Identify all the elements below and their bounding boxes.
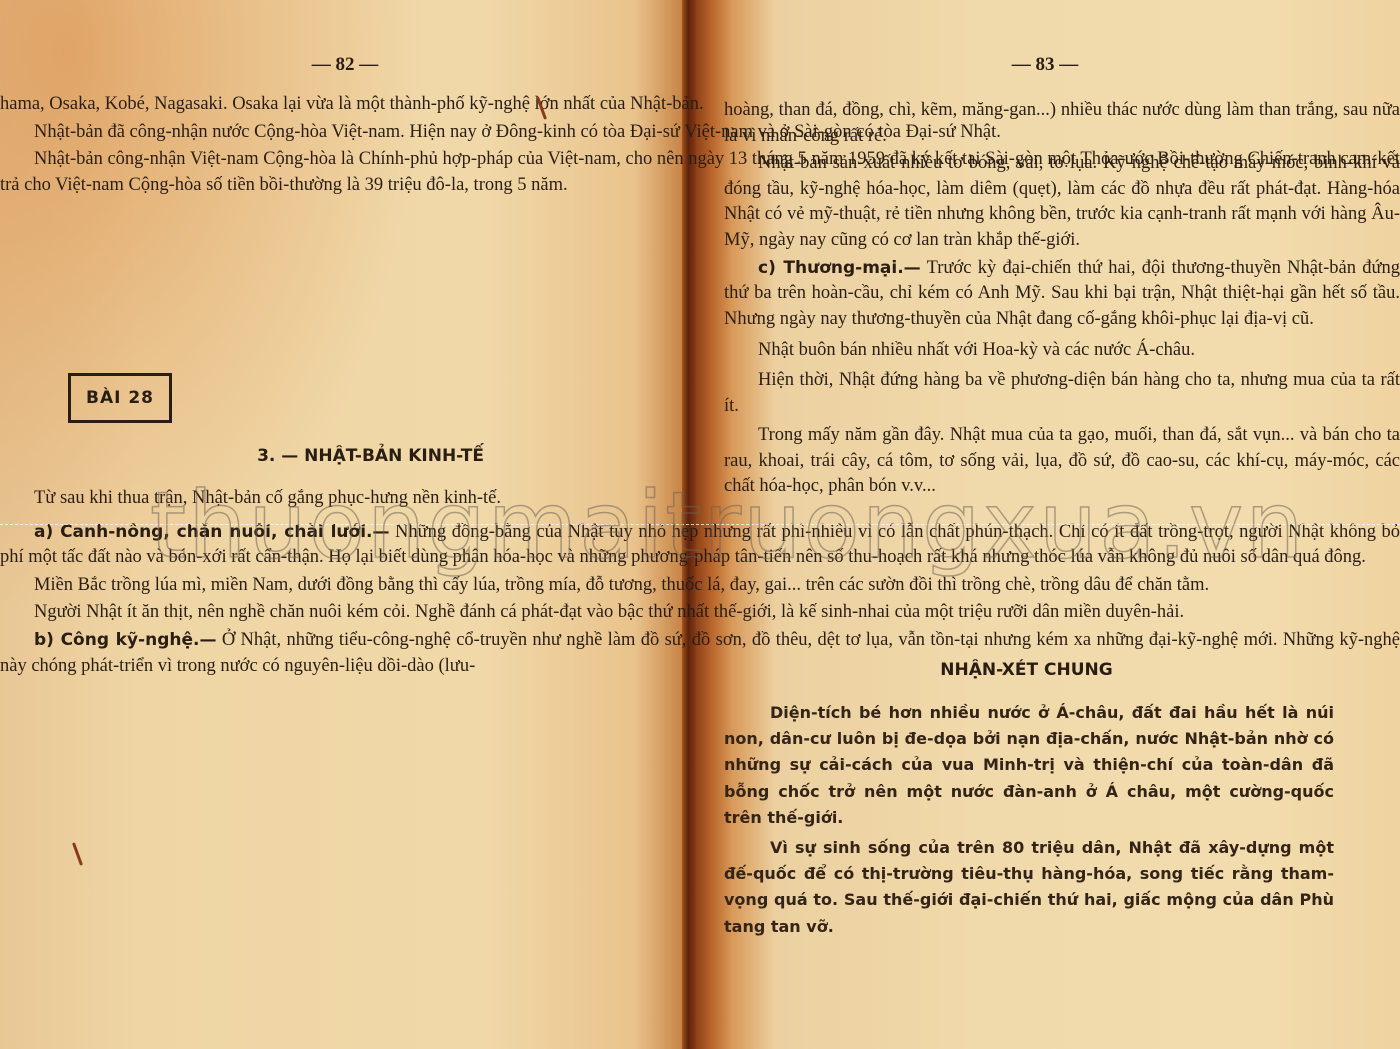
paragraph-agriculture: a) Canh-nông, chăn nuôi, chài lưới.— Nhữ… [0, 520, 1400, 571]
page-number-83: — 83 — [690, 54, 1400, 76]
paragraph-continuation: hoàng, than đá, đồng, chì, kẽm, măng-gan… [724, 98, 1400, 149]
heading-commerce: c) Thương-mại.— [758, 258, 921, 278]
section-title: 3. — NHẬT-BẢN KINH-TẾ [68, 446, 673, 466]
paragraph-fishing: Người Nhật ít ăn thịt, nên nghề chăn nuô… [0, 600, 1400, 626]
summary-paragraph-1: Diện-tích bé hơn nhiều nước ở Á-châu, đấ… [724, 700, 1334, 831]
summary-title: NHẬN-XÉT CHUNG [724, 660, 1329, 680]
heading-industry: b) Công kỹ-nghệ.— [34, 630, 216, 650]
paragraph-trade-partners: Nhật buôn bán nhiều nhất với Hoa-kỳ và c… [724, 338, 1400, 364]
watermark-dashed-line [0, 524, 1400, 525]
left-body-text: Từ sau khi thua trận, Nhật-bản cố gắng p… [0, 486, 1400, 679]
summary-paragraph-2: Vì sự sinh sống của trên 80 triệu dân, N… [724, 835, 1334, 940]
right-body-text: hoàng, than đá, đồng, chì, kẽm, măng-gan… [724, 98, 1400, 500]
summary-text: Diện-tích bé hơn nhiều nước ở Á-châu, đấ… [724, 700, 1334, 940]
paragraph-commerce: c) Thương-mại.— Trước kỳ đại-chiến thứ h… [724, 256, 1400, 333]
page-number-82: — 82 — [0, 54, 690, 76]
lesson-label: BÀI 28 [68, 373, 172, 423]
paragraph-trade-goods: Trong mấy năm gần đây. Nhật mua của ta g… [724, 423, 1400, 500]
paragraph-trade-rank: Hiện thời, Nhật đứng hàng ba về phương-d… [724, 368, 1400, 419]
paragraph-products: Nhật-bản sản-xuất nhiều tơ bóng, vải, tơ… [724, 151, 1400, 253]
paragraph-crops: Miền Bắc trồng lúa mì, miền Nam, dưới đồ… [0, 573, 1400, 599]
